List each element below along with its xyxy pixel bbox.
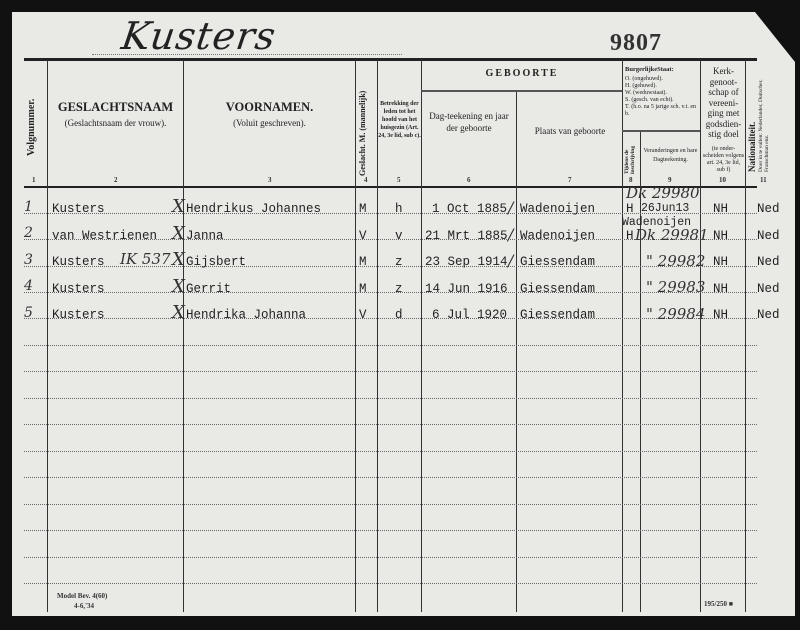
status-option: H. (gehuwd).: [625, 83, 699, 90]
header-burgerlijke-staat: BurgerlijkeStaat: O. (ongehuwd). H. (geh…: [625, 66, 699, 118]
given-names: Gerrit: [186, 282, 231, 296]
header-veranderingen: Veranderingen en hare Dagteekening.: [641, 147, 700, 165]
row-number: 4: [24, 278, 33, 294]
changes-handwritten: Dk 29980: [626, 184, 700, 202]
geslacht-label: Geslacht.: [358, 144, 367, 176]
surname: Kusters: [52, 308, 105, 322]
changes: 26Jun13: [641, 202, 689, 215]
header-geslachtsnaam: GESLACHTSNAAM: [48, 100, 183, 115]
header-kerkgenootschap: Kerk-genoot-schap of vereeni-ging met go…: [702, 66, 745, 140]
header-tijdens-inschrijving: Tijdens de inschrijving: [624, 134, 636, 174]
header-geboorte: GEBOORTE: [422, 68, 622, 79]
civil-status: H: [626, 202, 634, 216]
form-date: 4-6,'34: [74, 602, 94, 610]
row-number: 1: [24, 199, 33, 215]
col-number: 7: [568, 176, 572, 184]
status-option: W. (weduwstaat).: [625, 90, 699, 97]
header-geslachtsnaam-sub: (Geslachtsnaam der vrouw).: [48, 118, 183, 128]
relation: d: [395, 308, 403, 322]
given-names: Hendrikus Johannes: [186, 202, 321, 216]
print-code: 195/250 ■: [704, 600, 733, 608]
col-number: 4: [364, 176, 368, 184]
given-names: Gijsbert: [186, 255, 246, 269]
card-number: 9807: [610, 30, 662, 57]
birth-place: Wadenoijen: [520, 229, 595, 243]
tick-mark-icon: /: [508, 251, 513, 270]
church: NH: [713, 255, 728, 269]
header-betrekking: Betrekking der leden tot het hoofd van h…: [378, 100, 421, 140]
header-voornamen-sub: (Voluit geschreven).: [184, 118, 355, 128]
church: NH: [713, 229, 728, 243]
nationality: Ned: [757, 255, 780, 269]
birth-place: Giessendam: [520, 308, 595, 322]
given-names: Hendrika Johanna: [186, 308, 306, 322]
sex: M: [359, 282, 367, 296]
church: NH: [713, 282, 728, 296]
birth-date: 23 Sep 1914: [425, 255, 508, 269]
civil-status: H: [626, 229, 634, 243]
changes-handwritten: Dk 29981: [635, 226, 709, 244]
tick-mark-icon: /: [508, 225, 513, 244]
check-mark-icon: X: [172, 196, 185, 217]
nationality: Ned: [757, 308, 780, 322]
header-nationaliteit: Nationaliteit.: [747, 68, 757, 172]
registration-card: Kusters 9807 Volgnummer. 1 GESLACHTSNAAM…: [12, 12, 795, 616]
check-mark-icon: X: [172, 302, 185, 323]
header-kerkgenootschap-sub: (te onder-scheiden volgens art. 24, 3e l…: [702, 146, 745, 174]
changes-handwritten: " 29984: [646, 305, 705, 323]
relation: h: [395, 202, 403, 216]
relation: z: [395, 282, 403, 296]
surname-underline: [92, 54, 402, 55]
col-number: 11: [760, 176, 767, 184]
nationality: Ned: [757, 282, 780, 296]
surname: van Westrienen: [52, 229, 157, 243]
status-option: O. (ongehuwd).: [625, 76, 699, 83]
surname: Kusters: [52, 202, 105, 216]
birth-place: Wadenoijen: [520, 202, 595, 216]
changes-handwritten: " 29983: [646, 278, 705, 296]
nationality: Ned: [757, 229, 780, 243]
geboorte-subrule: [421, 90, 622, 92]
check-mark-icon: X: [172, 249, 185, 270]
handwritten-family-surname: Kusters: [119, 14, 279, 58]
row-number: 3: [24, 252, 33, 268]
burgerlijke-staat-title: BurgerlijkeStaat:: [625, 66, 699, 73]
sex: V: [359, 229, 367, 243]
sex: M: [359, 202, 367, 216]
col-number: 3: [268, 176, 272, 184]
check-mark-icon: X: [172, 223, 185, 244]
header-nationaliteit-sub: Door in te vullen: Nederlander, Duitsche…: [758, 68, 770, 172]
status-option: S. (gesch. van echt).: [625, 97, 699, 104]
surname: Kusters: [52, 282, 105, 296]
col-number: 8: [629, 176, 633, 184]
col-number: 5: [397, 176, 401, 184]
col-divider: [516, 92, 517, 612]
check-mark-icon: X: [172, 276, 185, 297]
given-names: Janna: [186, 229, 224, 243]
birth-date: 6 Jul 1920: [432, 308, 507, 322]
header-dagteekening: Dag-teekening en jaar der geboorte: [424, 110, 514, 134]
header-plaats: Plaats van geboorte: [518, 124, 622, 138]
table-top-rule: [24, 58, 757, 61]
tick-mark-icon: /: [508, 198, 513, 217]
church: NH: [713, 308, 728, 322]
birth-place: Giessendam: [520, 282, 595, 296]
header-geslacht: Geslacht. M. (mannelijk): [358, 64, 367, 176]
form-model: Model Bev. 4(60): [57, 592, 107, 600]
relation: z: [395, 255, 403, 269]
church: NH: [713, 202, 728, 216]
nationality: Ned: [757, 202, 780, 216]
geslacht-m: M. (mannelijk): [358, 91, 367, 143]
birth-date: 14 Jun 1916: [425, 282, 508, 296]
status-option: T. (h.o. na 5 jarige sch. v.t. en b.: [625, 104, 699, 118]
birth-date: 21 Mrt 1885: [425, 229, 508, 243]
row-number: 5: [24, 305, 33, 321]
birth-date: 1 Oct 1885: [432, 202, 507, 216]
surname: Kusters: [52, 255, 105, 269]
changes-handwritten: " 29982: [646, 252, 705, 270]
sex: V: [359, 308, 367, 322]
col-number: 10: [719, 176, 726, 184]
header-volgnummer: Volgnummer.: [26, 82, 37, 172]
row-number: 2: [24, 225, 33, 241]
birth-place: Giessendam: [520, 255, 595, 269]
sex: M: [359, 255, 367, 269]
col-number: 2: [114, 176, 118, 184]
header-voornamen: VOORNAMEN.: [184, 100, 355, 115]
col-number: 1: [32, 176, 36, 184]
surname-note-handwritten: IK 537: [120, 250, 171, 268]
col-number: 6: [467, 176, 471, 184]
burgerlijke-staat-subrule: [622, 130, 700, 132]
col-number: 9: [668, 176, 672, 184]
relation: v: [395, 229, 403, 243]
